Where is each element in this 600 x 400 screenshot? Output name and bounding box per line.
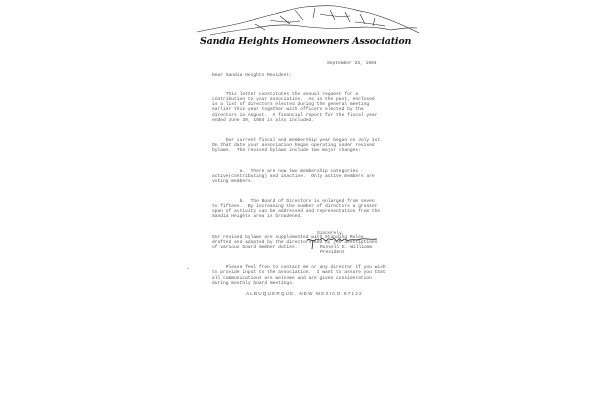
letter-date: September 25, 1984: [327, 61, 377, 66]
paragraph-change-b: b. The Board of Directors is enlarged fr…: [212, 199, 392, 219]
footer-address: ALBUQUERQUE, NEW MEXICO 87122: [246, 291, 363, 296]
letter-page: Sandia Heights Homeowners Association Se…: [0, 0, 600, 400]
scan-artifact: [187, 268, 189, 269]
paragraph-intro: This letter constitutes the annual reque…: [212, 92, 392, 123]
paragraph-contact: Please feel free to contact me or any di…: [212, 265, 392, 285]
organization-name: Sandia Heights Homeowners Association: [200, 36, 420, 47]
signer-title: President: [320, 250, 345, 255]
paragraph-fiscal-year: Our current fiscal and membership year b…: [212, 138, 392, 153]
signer-block: Russell E. Williams President: [320, 245, 372, 255]
salutation: Dear Sandia Heights Resident:: [212, 73, 292, 78]
paragraph-change-a: a. There are now two membership categori…: [212, 169, 392, 184]
letter-body: This letter constitutes the annual reque…: [212, 82, 392, 301]
